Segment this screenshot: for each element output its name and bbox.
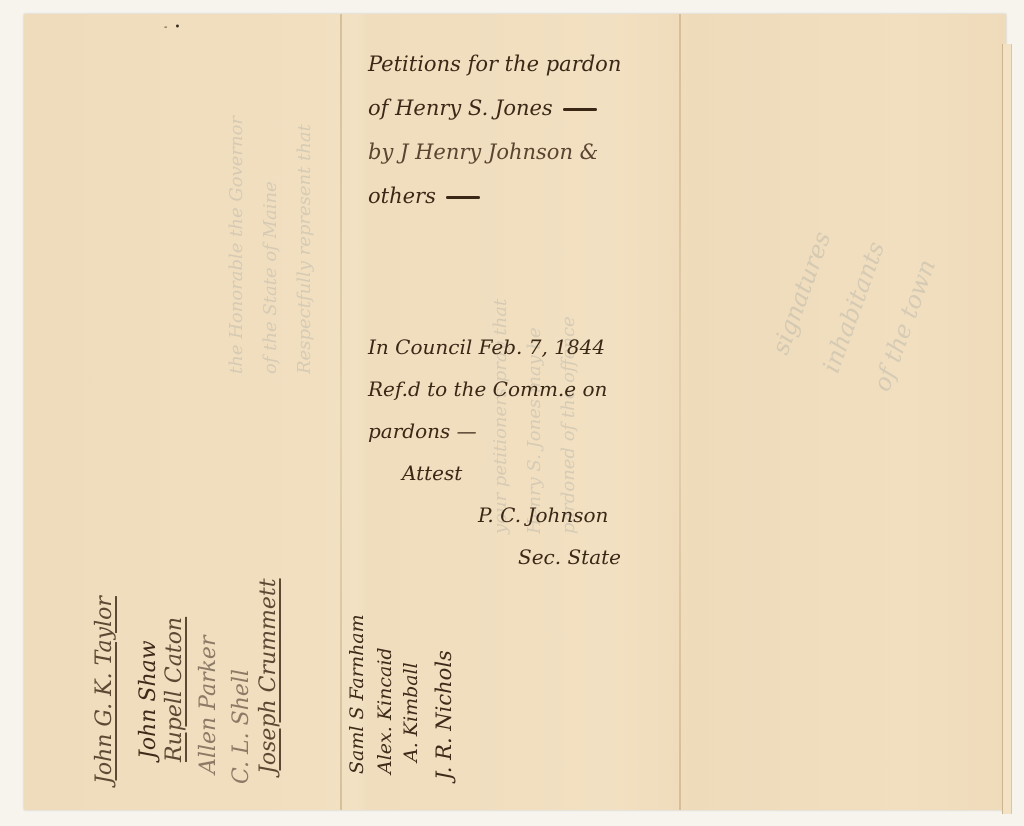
signature: Alex. Kincaid	[374, 647, 396, 774]
signature: Rupell Caton	[162, 617, 187, 762]
signature: C. L. Shell	[229, 669, 254, 784]
signature: John Shaw	[136, 640, 161, 759]
signature-list: John G. K. Taylor John Shaw Rupell Caton…	[24, 14, 1006, 810]
document-page: - • the Honorable the Governor of the St…	[24, 14, 1006, 810]
signature: A. Kimball	[400, 662, 422, 762]
signature: John G. K. Taylor	[92, 596, 117, 784]
signature: Joseph Crummett	[256, 578, 281, 774]
signature: J. R. Nichols	[432, 650, 456, 780]
signature: Saml S Farnham	[346, 614, 368, 774]
signature: Allen Parker	[196, 636, 221, 774]
